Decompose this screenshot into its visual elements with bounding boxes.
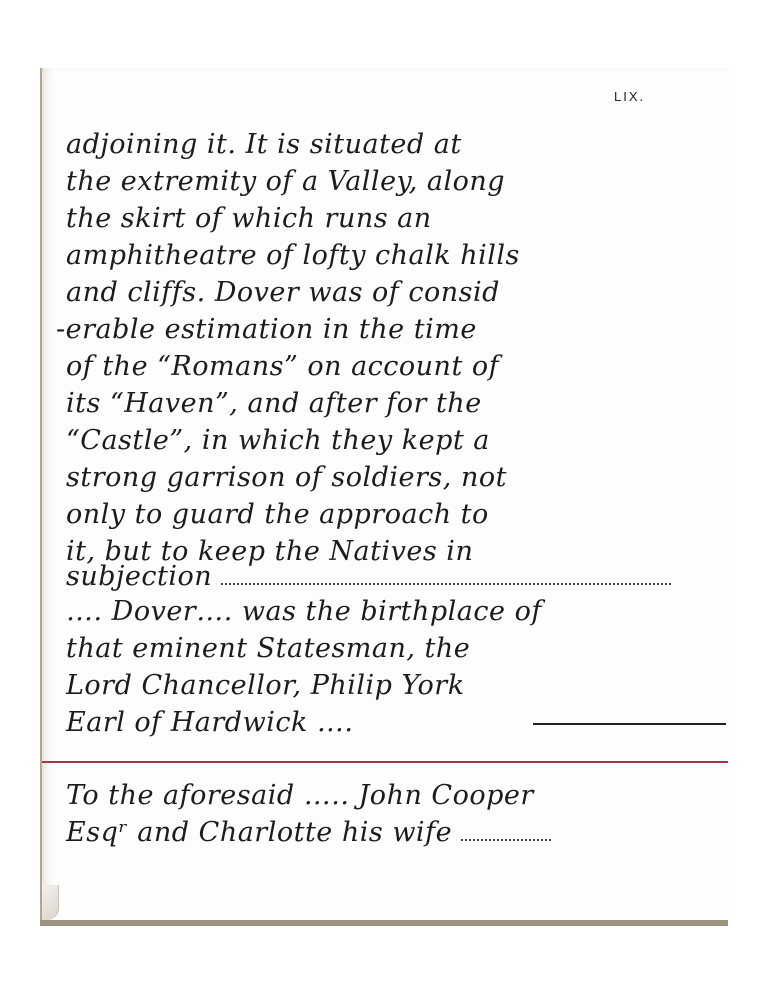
page-corner-fold	[42, 885, 59, 920]
red-divider-rule	[42, 761, 728, 763]
dotted-leader	[461, 831, 551, 841]
text-line: only to guard the approach to	[66, 498, 726, 532]
text-line: its “Haven”, and after for the	[66, 387, 726, 421]
page-number: LIX.	[614, 89, 645, 104]
text-line: strong garrison of soldiers, not	[66, 461, 726, 495]
text-line: of the “Romans” on account of	[66, 350, 726, 384]
text-line: Lord Chancellor, Philip York	[66, 669, 726, 703]
dedication-line-with-dots: Esqʳ and Charlotte his wife	[66, 816, 726, 850]
text-line: adjoining it. It is situated at	[66, 128, 726, 162]
closing-underline	[533, 723, 726, 725]
text-line-with-dots: subjection	[66, 560, 726, 594]
text-line: the skirt of which runs an	[66, 202, 726, 236]
dedication-line: Esqʳ and Charlotte his wife	[66, 817, 452, 848]
text-line: “Castle”, in which they kept a	[66, 424, 726, 458]
text-line: and cliffs. Dover was of consid	[66, 276, 726, 310]
text-line: the extremity of a Valley, along	[66, 165, 726, 199]
text-line: …. Dover…. was the birthplace of	[66, 595, 726, 629]
dotted-leader	[221, 575, 671, 585]
dedication-line: To the aforesaid ….. John Cooper	[66, 779, 726, 813]
text-line: that eminent Statesman, the	[66, 632, 726, 666]
text-line: -erable estimation in the time	[56, 313, 716, 347]
page-bottom-edge	[40, 920, 728, 926]
text-line: amphitheatre of lofty chalk hills	[66, 239, 726, 273]
text-line: subjection	[66, 561, 212, 592]
